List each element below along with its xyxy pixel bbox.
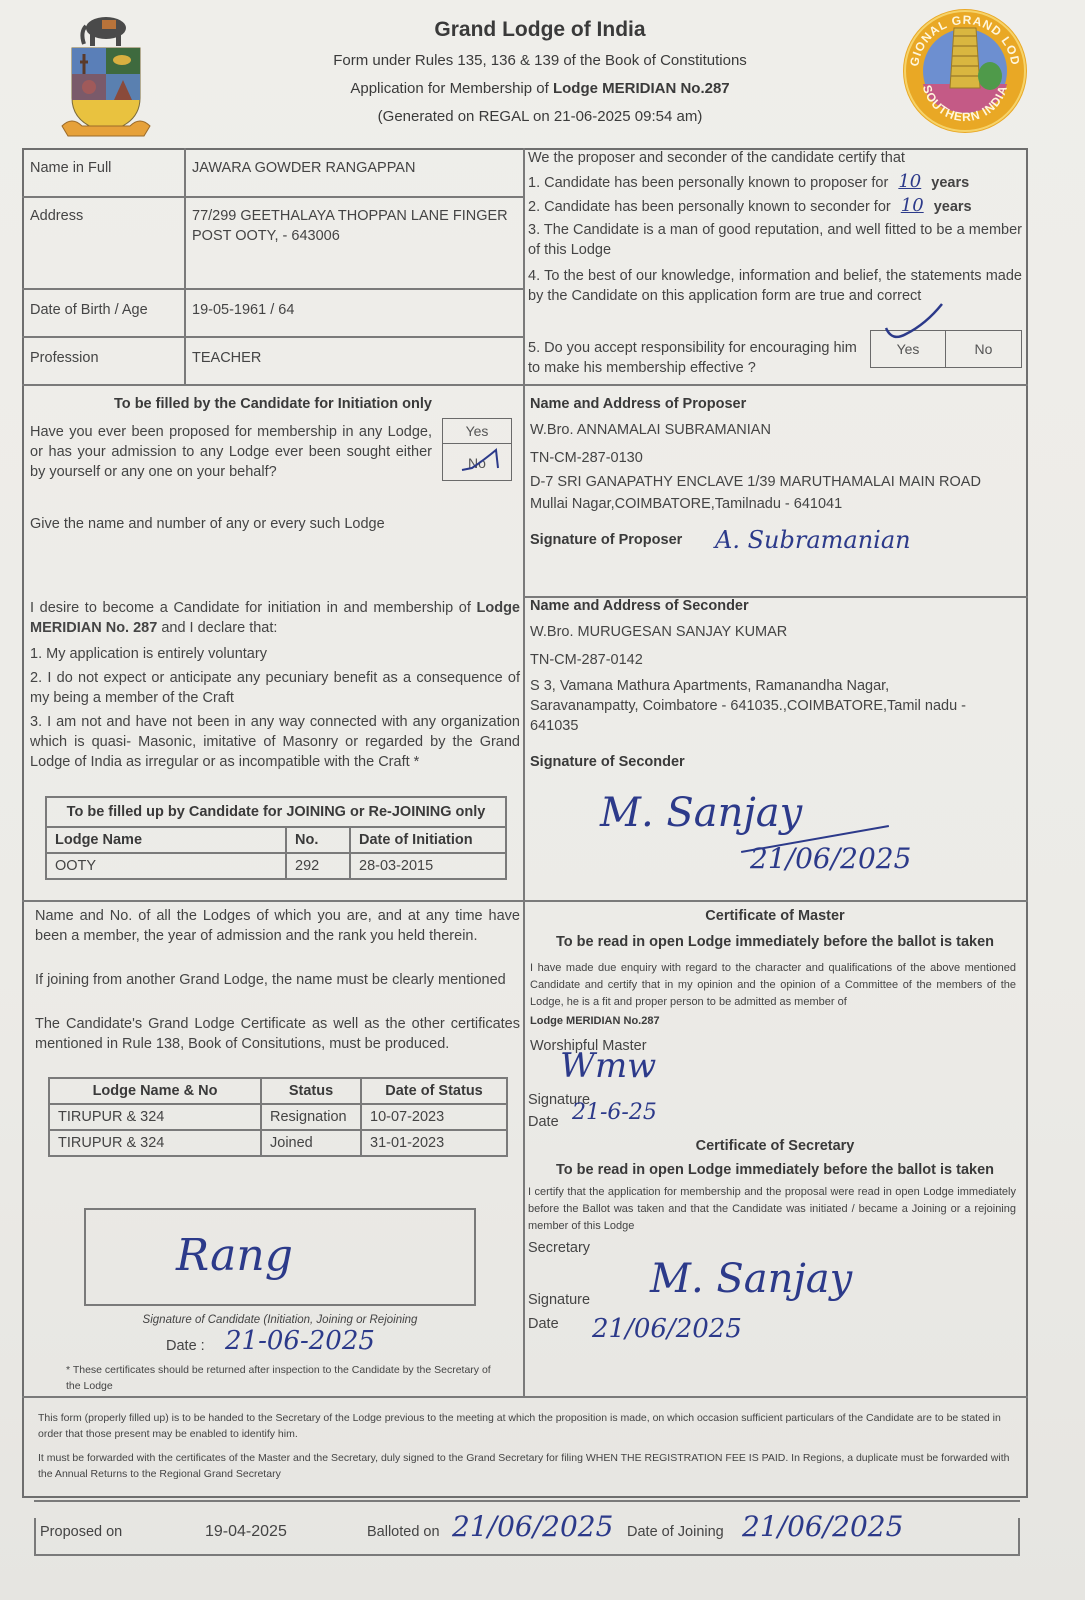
table-row: TIRUPUR & 324 Resignation 10-07-2023 [49, 1104, 507, 1130]
address-line-2: POST OOTY, - 643006 [192, 226, 340, 246]
lodges-history-table: Lodge Name & No Status Date of Status TI… [48, 1077, 508, 1157]
profession-value: TEACHER [192, 348, 261, 368]
divider [184, 148, 186, 384]
dob-value: 19-05-1961 / 64 [192, 300, 294, 320]
lodges-history-para-2: If joining from another Grand Lodge, the… [35, 970, 520, 990]
checkmark-icon [458, 446, 508, 476]
proposed-on-label: Proposed on [40, 1522, 122, 1542]
regional-grand-lodge-southern-india-seal-icon: REGIONAL GRAND LODGE SOUTHERN INDIA [900, 6, 1030, 136]
proposer-years-value: 10 [892, 171, 927, 192]
lodges-history-para-1: Name and No. of all the Lodges of which … [35, 906, 520, 946]
column-header: Lodge Name [46, 827, 286, 853]
lodge-no-cell: 292 [286, 853, 350, 879]
master-signature: Wmw [560, 1046, 656, 1086]
master-date-value: 21-6-25 [572, 1100, 657, 1125]
divider [1018, 1518, 1020, 1554]
initiation-date-cell: 28-03-2015 [350, 853, 506, 879]
declaration-item-3: 3. I am not and have not been in any way… [30, 712, 520, 772]
seconder-id: TN-CM-287-0142 [530, 650, 643, 670]
secretary-role: Secretary [528, 1238, 590, 1258]
divider [34, 1554, 1020, 1556]
seconder-signature-label: Signature of Seconder [530, 752, 685, 772]
certification-item-5: 5. Do you accept responsibility for enco… [528, 338, 864, 378]
instructions-para-1: This form (properly filled up) is to be … [38, 1410, 1016, 1442]
declaration-intro: I desire to become a Candidate for initi… [30, 598, 520, 638]
proposer-address-line-1: D-7 SRI GANAPATHY ENCLAVE 1/39 MARUTHAMA… [530, 472, 981, 492]
proposed-on-value: 19-04-2025 [205, 1522, 287, 1542]
column-divider [523, 148, 525, 1398]
balloted-on-value: 21/06/2025 [452, 1510, 613, 1543]
candidate-date-value: 21-06-2025 [225, 1326, 375, 1356]
secretary-date-value: 21/06/2025 [592, 1314, 742, 1344]
status-date-cell: 31-01-2023 [361, 1130, 507, 1156]
certification-item-3: 3. The Candidate is a man of good reputa… [528, 220, 1022, 260]
address-line-1: 77/299 GEETHALAYA THOPPAN LANE FINGER [192, 206, 508, 226]
certification-item-1: 1. Candidate has been personally known t… [528, 172, 1024, 193]
declaration-item-1: 1. My application is entirely voluntary [30, 644, 520, 664]
lodge-cell: TIRUPUR & 324 [49, 1130, 261, 1156]
form-title: Grand Lodge of India [300, 18, 780, 42]
instructions-para-2: It must be forwarded with the certificat… [38, 1450, 1016, 1482]
master-certificate-lodge: Lodge MERIDIAN No.287 [530, 1013, 660, 1030]
secretary-certificate-subheading: To be read in open Lodge immediately bef… [525, 1160, 1025, 1180]
divider [22, 288, 523, 290]
initiation-yes-option[interactable]: Yes [442, 418, 512, 444]
status-cell: Resignation [261, 1104, 361, 1130]
seconder-address-line-1: S 3, Vamana Mathura Apartments, Ramanand… [530, 676, 889, 696]
name-value: JAWARA GOWDER RANGAPPAN [192, 158, 415, 178]
name-label: Name in Full [30, 158, 111, 178]
divider [34, 1500, 1020, 1502]
address-label: Address [30, 206, 83, 226]
lodge-names-prompt: Give the name and number of any or every… [30, 514, 385, 534]
master-certificate-heading: Certificate of Master [525, 906, 1025, 926]
divider [22, 900, 1028, 902]
certification-intro: We the proposer and seconder of the cand… [528, 148, 1024, 168]
secretary-certificate-body: I certify that the application for membe… [528, 1184, 1016, 1235]
column-header: Date of Initiation [350, 827, 506, 853]
dob-label: Date of Birth / Age [30, 300, 148, 320]
initiation-question: Have you ever been proposed for membersh… [30, 422, 432, 482]
seconder-address-line-3: 641035 [530, 716, 578, 736]
secretary-signature: M. Sanjay [650, 1256, 852, 1302]
seconder-name: W.Bro. MURUGESAN SANJAY KUMAR [530, 622, 787, 642]
status-cell: Joined [261, 1130, 361, 1156]
seconder-heading: Name and Address of Seconder [530, 596, 749, 616]
status-date-cell: 10-07-2023 [361, 1104, 507, 1130]
secretary-date-label: Date [528, 1314, 559, 1334]
candidate-signature: Rang [176, 1230, 293, 1281]
joining-table: To be filled up by Candidate for JOINING… [45, 796, 507, 880]
proposer-id: TN-CM-287-0130 [530, 448, 643, 468]
column-header: Status [261, 1078, 361, 1104]
master-date-label: Date [528, 1112, 559, 1132]
certificates-footnote: * These certificates should be returned … [66, 1362, 496, 1394]
divider [22, 196, 523, 198]
divider [22, 1396, 1028, 1398]
divider [22, 336, 523, 338]
checkmark-icon [880, 300, 950, 350]
divider [34, 1518, 36, 1554]
lodges-history-para-3: The Candidate's Grand Lodge Certificate … [35, 1014, 520, 1054]
membership-application-form: REGIONAL GRAND LODGE SOUTHERN INDIA Gran… [0, 0, 1085, 1600]
proposer-address-line-2: Mullai Nagar,COIMBATORE,Tamilnadu - 6410… [530, 494, 842, 514]
lodge-cell: TIRUPUR & 324 [49, 1104, 261, 1130]
table-row: TIRUPUR & 324 Joined 31-01-2023 [49, 1130, 507, 1156]
profession-label: Profession [30, 348, 99, 368]
balloted-on-label: Balloted on [367, 1522, 440, 1542]
date-of-joining-label: Date of Joining [627, 1522, 724, 1542]
generated-timestamp: (Generated on REGAL on 21-06-2025 09:54 … [300, 108, 780, 125]
date-of-joining-value: 21/06/2025 [742, 1510, 903, 1543]
seconder-years-value: 10 [895, 195, 930, 216]
candidate-signature-box[interactable]: Rang [84, 1208, 476, 1306]
column-header: No. [286, 827, 350, 853]
proposer-signature: A. Subramanian [715, 526, 911, 554]
grand-lodge-of-india-crest-icon [58, 8, 154, 144]
proposer-name: W.Bro. ANNAMALAI SUBRAMANIAN [530, 420, 771, 440]
secretary-signature-label: Signature [528, 1290, 590, 1310]
column-header: Lodge Name & No [49, 1078, 261, 1104]
seconder-signature-date: 21/06/2025 [750, 842, 911, 875]
proposer-signature-label: Signature of Proposer [530, 530, 682, 550]
secretary-certificate-heading: Certificate of Secretary [525, 1136, 1025, 1156]
seconder-address-line-2: Saravanampatty, Coimbatore - 641035.,COI… [530, 696, 966, 716]
lodge-name-cell: OOTY [46, 853, 286, 879]
proposer-heading: Name and Address of Proposer [530, 394, 746, 414]
declaration-item-2: 2. I do not expect or anticipate any pec… [30, 668, 520, 708]
certification-item-2: 2. Candidate has been personally known t… [528, 196, 1024, 217]
column-header: Date of Status [361, 1078, 507, 1104]
table-row: OOTY 292 28-03-2015 [46, 853, 506, 879]
master-certificate-body: I have made due enquiry with regard to t… [530, 960, 1016, 1011]
joining-table-heading: To be filled up by Candidate for JOINING… [46, 797, 506, 827]
candidate-date-label: Date : [166, 1336, 205, 1356]
form-subtitle: Form under Rules 135, 136 & 139 of the B… [300, 52, 780, 69]
application-line: Application for Membership of Lodge MERI… [300, 80, 780, 97]
master-certificate-subheading: To be read in open Lodge immediately bef… [525, 932, 1025, 952]
seconder-signature: M. Sanjay [600, 790, 802, 836]
divider [22, 384, 1028, 386]
responsibility-no-option[interactable]: No [945, 330, 1022, 368]
initiation-heading: To be filled by the Candidate for Initia… [24, 394, 522, 414]
